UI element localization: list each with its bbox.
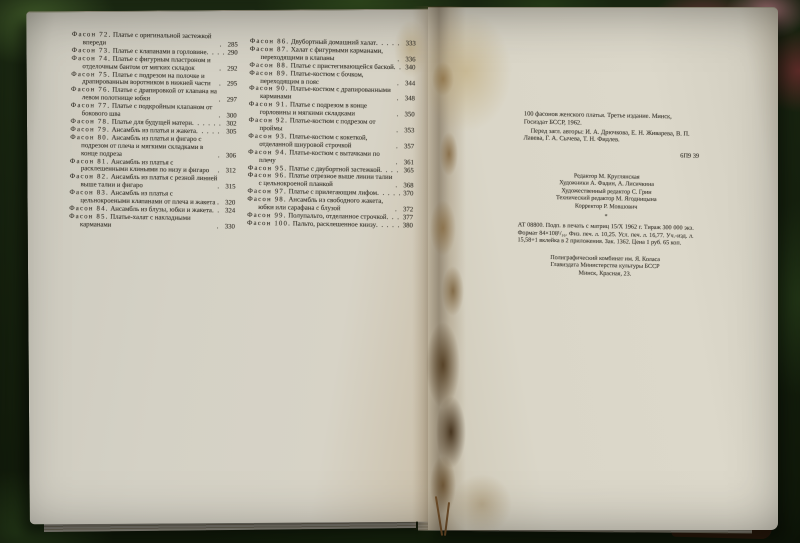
dot-leader	[220, 41, 225, 49]
stain	[442, 266, 464, 316]
dot-leader	[219, 97, 224, 105]
toc-entry-title: Двубортный домашний халат	[291, 38, 376, 46]
toc-entry-label: Фасон 91.	[249, 101, 289, 109]
dot-leader	[396, 111, 401, 119]
toc-entry-label: Фасон 93.	[248, 133, 288, 141]
toc-entry-page: 377	[403, 214, 413, 222]
toc-entry: Фасон 100. Пальто, расклешенное книзу 38…	[247, 220, 413, 231]
toc-entry-page: 368	[403, 183, 413, 191]
toc-entry-label: Фасон 87.	[250, 46, 290, 54]
toc-entry-label: Фасон 97.	[247, 188, 287, 196]
dot-leader	[397, 95, 402, 103]
authors-note: Перед загл. авторы: И. А. Дрючкова, Е. Н…	[523, 127, 691, 146]
toc-entry-label: Фасон 89.	[249, 69, 289, 77]
toc-entry-page: 350	[404, 111, 414, 119]
dot-leader	[395, 182, 400, 190]
dot-leader	[219, 65, 224, 73]
stain	[426, 322, 460, 408]
toc-entry-page: 330	[225, 223, 235, 231]
toc-entry-page: 380	[403, 222, 413, 230]
table-of-contents: Фасон 72. Платье с оригинальной застежко…	[69, 31, 416, 234]
toc-entry-page: 365	[404, 167, 414, 175]
stain	[452, 474, 512, 534]
toc-column-1: Фасон 72. Платье с оригинальной застежко…	[69, 31, 238, 231]
toc-entry-label: Фасон 99.	[247, 212, 287, 220]
dot-leader	[218, 112, 223, 120]
toc-entry-page: 297	[227, 97, 237, 105]
toc-entry-label: Фасон 95.	[248, 164, 288, 172]
open-book: Фасон 72. Платье с оригинальной застежко…	[22, 4, 778, 538]
toc-entry-text: Фасон 80. Ансамбль из платья и фигаро с …	[70, 134, 218, 160]
stain	[432, 62, 454, 96]
dot-leader	[397, 80, 402, 88]
dot-leader	[396, 127, 401, 135]
colophon-text: АТ 08800. Подп. в печать с матриц 15/X 1…	[517, 223, 693, 249]
toc-entry-label: Фасон 86.	[250, 38, 290, 46]
photo-background: Фасон 72. Платье с оригинальной застежко…	[0, 0, 800, 543]
toc-entry-label: Фасон 74.	[72, 55, 112, 63]
imprint-block: 100 фасонов женского платья. Третье изда…	[497, 110, 716, 280]
bibliography-line: 100 фасонов женского платья. Третье изда…	[524, 110, 692, 129]
toc-entry-text: Фасон 85. Платье-халат с накладными карм…	[69, 213, 217, 231]
stain	[430, 200, 456, 256]
toc-entry-page: 305	[226, 128, 236, 136]
toc-entry-page: 336	[405, 56, 415, 64]
toc-entry-label: Фасон 98.	[247, 196, 287, 204]
dot-leader	[218, 168, 223, 176]
toc-entry-page: 315	[225, 184, 235, 192]
toc-entry-label: Фасон 92.	[249, 117, 289, 125]
classification-code: 6П9 39	[499, 149, 699, 161]
toc-entry-page: 320	[225, 199, 235, 207]
dot-leader	[219, 81, 224, 89]
bibliographic-entry: 100 фасонов женского платья. Третье изда…	[523, 110, 692, 145]
toc-entry-label: Фасон 79.	[70, 126, 110, 134]
toc-entry-page: 312	[226, 168, 236, 176]
toc-entry-page: 290	[227, 49, 237, 57]
toc-entry-label: Фасон 83.	[69, 189, 109, 197]
toc-entry-page: 306	[226, 152, 236, 160]
toc-entry-title: Платье для будущей матери	[112, 119, 192, 127]
toc-entry-page: 285	[228, 41, 238, 49]
toc-entry-label: Фасон 72.	[72, 31, 112, 39]
toc-entry-label: Фасон 88.	[249, 62, 289, 70]
toc-entry: Фасон 80. Ансамбль из платья и фигаро с …	[70, 134, 236, 160]
toc-entry-label: Фасон 78.	[71, 118, 111, 126]
toc-entry-label: Фасон 96.	[248, 172, 288, 180]
toc-entry-label: Фасон 90.	[249, 85, 289, 93]
toc-entry-page: 348	[405, 96, 415, 104]
toc-entry-label: Фасон 82.	[70, 173, 110, 181]
toc-entry-page: 302	[226, 120, 236, 128]
dot-leader	[394, 64, 403, 72]
dot-leader	[386, 214, 399, 222]
toc-entry-label: Фасон 85.	[69, 213, 109, 221]
dot-leader	[212, 207, 222, 215]
dot-leader	[397, 56, 402, 64]
toc-entry-label: Фасон 73.	[72, 47, 112, 55]
toc-entry-label: Фасон 75.	[71, 71, 111, 79]
toc-entry-page: 292	[227, 65, 237, 73]
toc-entry-page: 344	[405, 80, 415, 88]
toc-column-2: Фасон 86. Двубортный домашний халат 333 …	[247, 38, 416, 234]
dot-leader	[218, 152, 223, 160]
toc-entry-page: 333	[406, 40, 416, 48]
toc-entry-page: 300	[226, 112, 236, 120]
toc-entry-title: Ансамбль из платья и жакета	[112, 127, 197, 135]
toc-entry-page: 324	[225, 207, 235, 215]
toc-entry-label: Фасон 81.	[70, 157, 110, 165]
dot-leader	[395, 206, 400, 214]
toc-entry-page: 295	[227, 81, 237, 89]
toc-entry-label: Фасон 80.	[70, 134, 110, 142]
dot-leader	[217, 184, 222, 192]
stain	[440, 132, 458, 176]
dot-leader	[217, 223, 222, 231]
toc-entry-text: Фасон 100. Пальто, расклешенное книзу	[247, 220, 376, 230]
toc-entry-label: Фасон 100.	[247, 220, 291, 228]
toc-entry-page: 361	[404, 159, 414, 167]
printer-address: Полиграфический комбинат им. Я. Коласа Г…	[497, 253, 713, 280]
toc-entry-page: 357	[404, 143, 414, 151]
dot-leader	[376, 222, 400, 230]
toc-entry-label: Фасон 84.	[69, 205, 109, 213]
dot-leader	[396, 143, 401, 151]
toc-entry-page: 370	[403, 190, 413, 198]
toc-entry-page: 353	[404, 127, 414, 135]
toc-entry: Фасон 85. Платье-халат с накладными карм…	[69, 213, 235, 231]
dot-leader	[217, 199, 222, 207]
dot-leader	[396, 159, 401, 167]
toc-entry-page: 372	[403, 206, 413, 214]
dot-leader	[207, 49, 225, 57]
toc-entry-title: Пальто, расклешенное книзу	[293, 220, 376, 228]
toc-entry-label: Фасон 77.	[71, 102, 111, 110]
credits-list: Редактор М. Круглянская Художники А. Фад…	[498, 172, 715, 214]
toc-entry-label: Фасон 94.	[248, 148, 288, 156]
toc-entry-label: Фасон 76.	[71, 86, 111, 94]
toc-entry-page: 340	[405, 64, 415, 72]
